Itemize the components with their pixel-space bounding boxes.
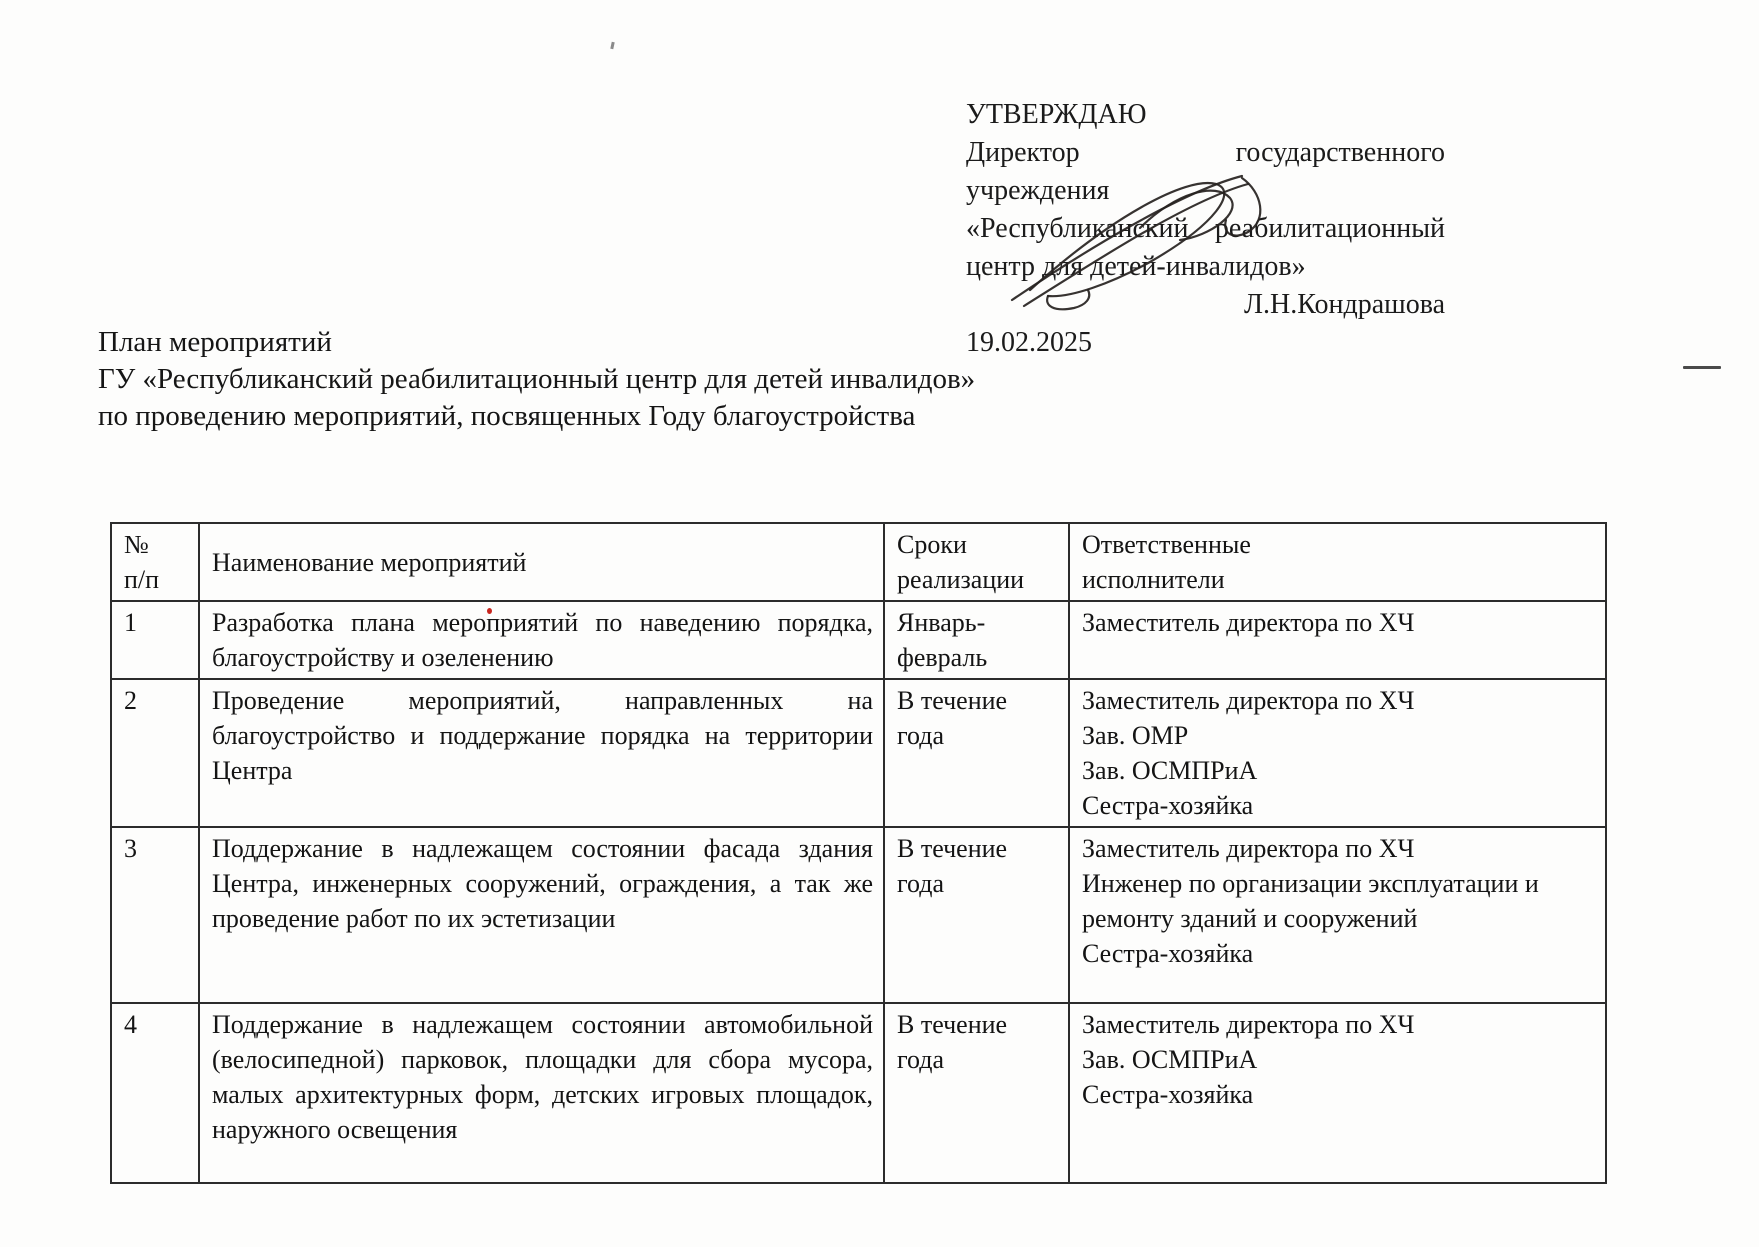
title-line-1: План мероприятий	[98, 324, 1198, 361]
approval-director-line: Директор государственного учреждения	[966, 134, 1445, 210]
col-header-responsible: Ответственные исполнители	[1069, 523, 1606, 601]
responsible-line: Сестра-хозяйка	[1082, 788, 1595, 823]
col-header-num-line2: п/п	[124, 565, 159, 594]
signer-name: Л.Н.Кондрашова	[966, 286, 1445, 324]
table-row: 1Разработка плана мероприятий по наведен…	[111, 601, 1606, 679]
cell-responsible: Заместитель директора по ХЧ	[1069, 601, 1606, 679]
title-line-3: по проведению мероприятий, посвященных Г…	[98, 398, 1198, 435]
col-header-responsible-line1: Ответственные	[1082, 530, 1251, 559]
cell-activity-name: Разработка плана мероприятий по наведени…	[199, 601, 884, 679]
plan-table: № п/п Наименование мероприятий Сроки реа…	[110, 522, 1607, 1184]
responsible-line: Заместитель директора по ХЧ	[1082, 605, 1595, 640]
cell-timing: В течение года	[884, 679, 1069, 827]
table-row: 3Поддержание в надлежащем состоянии фаса…	[111, 827, 1606, 1003]
plan-table-body: 1Разработка плана мероприятий по наведен…	[111, 601, 1606, 1183]
document-title: План мероприятий ГУ «Республиканский реа…	[98, 324, 1198, 435]
approval-org-line-2: центр для детей-инвалидов»	[966, 248, 1445, 286]
responsible-line: Сестра-хозяйка	[1082, 1077, 1595, 1112]
responsible-line: Заместитель директора по ХЧ	[1082, 831, 1595, 866]
cell-timing: В течение года	[884, 827, 1069, 1003]
cell-activity-name: Поддержание в надлежащем состоянии автом…	[199, 1003, 884, 1183]
cell-timing: Январь-февраль	[884, 601, 1069, 679]
cell-row-number: 4	[111, 1003, 199, 1183]
responsible-line: Заместитель директора по ХЧ	[1082, 683, 1595, 718]
responsible-line: Зав. ОСМПРиА	[1082, 753, 1595, 788]
scan-red-dot-artifact	[487, 608, 492, 614]
scan-speck-artifact	[610, 42, 614, 49]
col-header-timing-line1: Сроки	[897, 530, 967, 559]
responsible-line: Сестра-хозяйка	[1082, 936, 1595, 971]
col-header-responsible-line2: исполнители	[1082, 565, 1225, 594]
col-header-name: Наименование мероприятий	[199, 523, 884, 601]
cell-activity-name: Поддержание в надлежащем состоянии фасад…	[199, 827, 884, 1003]
cell-activity-name: Проведение мероприятий, направленных на …	[199, 679, 884, 827]
responsible-line: Инженер по организации эксплуатации и ре…	[1082, 866, 1595, 936]
cell-responsible: Заместитель директора по ХЧИнженер по ор…	[1069, 827, 1606, 1003]
approval-label: УТВЕРЖДАЮ	[966, 96, 1445, 134]
approval-org-line-1: «Республиканский реабилитационный	[966, 210, 1445, 248]
cell-row-number: 3	[111, 827, 199, 1003]
responsible-line: Зав. ОСМПРиА	[1082, 1042, 1595, 1077]
responsible-line: Заместитель директора по ХЧ	[1082, 1007, 1595, 1042]
col-header-num: № п/п	[111, 523, 199, 601]
cell-row-number: 1	[111, 601, 199, 679]
col-header-timing: Сроки реализации	[884, 523, 1069, 601]
scan-dash-artifact	[1683, 366, 1721, 369]
table-row: 2Проведение мероприятий, направленных на…	[111, 679, 1606, 827]
document-page: УТВЕРЖДАЮ Директор государственного учре…	[0, 0, 1759, 1247]
col-header-timing-line2: реализации	[897, 565, 1024, 594]
cell-responsible: Заместитель директора по ХЧЗав. ОСМПРиАС…	[1069, 1003, 1606, 1183]
approval-block: УТВЕРЖДАЮ Директор государственного учре…	[966, 96, 1445, 362]
responsible-line: Зав. ОМР	[1082, 718, 1595, 753]
table-header-row: № п/п Наименование мероприятий Сроки реа…	[111, 523, 1606, 601]
cell-responsible: Заместитель директора по ХЧЗав. ОМРЗав. …	[1069, 679, 1606, 827]
title-line-2: ГУ «Республиканский реабилитационный цен…	[98, 361, 1198, 398]
col-header-num-line1: №	[124, 530, 149, 559]
cell-timing: В течение года	[884, 1003, 1069, 1183]
table-row: 4Поддержание в надлежащем состоянии авто…	[111, 1003, 1606, 1183]
cell-row-number: 2	[111, 679, 199, 827]
